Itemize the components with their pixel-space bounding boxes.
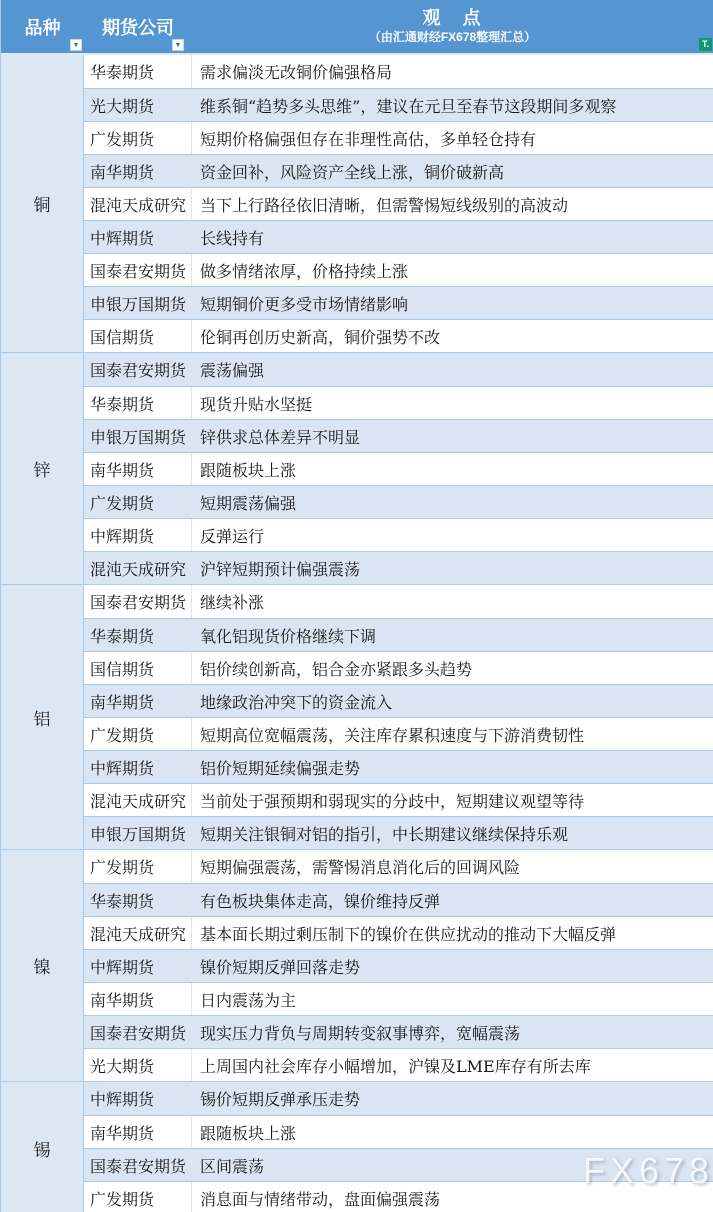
- table-row: 国信期货 伦铜再创历史新高，铜价强势不改: [84, 319, 713, 352]
- variety-group: 铝 国泰君安期货 继续补涨 华泰期货 氧化铝现货价格继续下调 国信期货 铝价续创…: [1, 584, 713, 849]
- company-cell: 南华期货: [84, 1116, 192, 1148]
- view-cell: 锌供求总体差异不明显: [192, 420, 713, 452]
- table-row: 中辉期货 铝价短期延续偏强走势: [84, 750, 713, 783]
- view-cell: 当下上行路径依旧清晰，但需警惕短线级别的高波动: [192, 188, 713, 220]
- company-cell: 光大期货: [84, 89, 192, 121]
- table-body: 铜 华泰期货 需求偏淡无改铜价偏强格局 光大期货 维系铜“趋势多头思维”，建议在…: [1, 55, 713, 1212]
- table-row: 南华期货 跟随板块上涨: [84, 452, 713, 485]
- company-cell: 中辉期货: [84, 221, 192, 253]
- variety-cell: 铝: [1, 585, 84, 849]
- company-cell: 南华期货: [84, 155, 192, 187]
- company-cell: 华泰期货: [84, 884, 192, 916]
- company-cell: 申银万国期货: [84, 287, 192, 319]
- table-row: 南华期货 资金回补，风险资产全线上涨，铜价破新高: [84, 154, 713, 187]
- table-row: 国信期货 铝价续创新高，铝合金亦紧跟多头趋势: [84, 651, 713, 684]
- view-cell: 现实压力背负与周期转变叙事博弈，宽幅震荡: [192, 1016, 713, 1048]
- group-rows: 广发期货 短期偏强震荡，需警惕消息消化后的回调风险 华泰期货 有色板块集体走高，…: [84, 850, 713, 1081]
- table-row: 光大期货 上周国内社会库存小幅增加，沪镍及LME库存有所去库: [84, 1048, 713, 1081]
- company-cell: 混沌天成研究: [84, 552, 192, 584]
- variety-label: 锌: [34, 456, 51, 481]
- table-row: 中辉期货 锡价短期反弹承压走势: [84, 1082, 713, 1115]
- company-cell: 华泰期货: [84, 387, 192, 419]
- variety-group: 锡 中辉期货 锡价短期反弹承压走势 南华期货 跟随板块上涨 国泰君安期货 区间震…: [1, 1081, 713, 1212]
- group-rows: 国泰君安期货 震荡偏强 华泰期货 现货升贴水坚挺 申银万国期货 锌供求总体差异不…: [84, 353, 713, 584]
- view-cell: 维系铜“趋势多头思维”，建议在元旦至春节这段期间多观察: [192, 89, 713, 121]
- group-rows: 中辉期货 锡价短期反弹承压走势 南华期货 跟随板块上涨 国泰君安期货 区间震荡 …: [84, 1082, 713, 1212]
- variety-label: 铝: [34, 705, 51, 730]
- header-view: 观 点 （由汇通财经FX678整理汇总）: [192, 0, 713, 53]
- view-cell: 有色板块集体走高，镍价维持反弹: [192, 884, 713, 916]
- variety-label: 锡: [34, 1136, 51, 1161]
- company-cell: 混沌天成研究: [84, 917, 192, 949]
- company-cell: 广发期货: [84, 486, 192, 518]
- group-rows: 华泰期货 需求偏淡无改铜价偏强格局 光大期货 维系铜“趋势多头思维”，建议在元旦…: [84, 55, 713, 352]
- view-cell: 跟随板块上涨: [192, 1116, 713, 1148]
- table-row: 国泰君安期货 现实压力背负与周期转变叙事博弈，宽幅震荡: [84, 1015, 713, 1048]
- filter-dropdown-variety[interactable]: ▼: [70, 39, 82, 51]
- filter-dropdown-company[interactable]: ▼: [172, 39, 184, 51]
- table-row: 国泰君安期货 区间震荡: [84, 1148, 713, 1181]
- filter-active-icon[interactable]: T.: [699, 38, 712, 51]
- company-cell: 国泰君安期货: [84, 1016, 192, 1048]
- view-cell: 铝价短期延续偏强走势: [192, 751, 713, 783]
- view-cell: 短期关注银铜对铝的指引，中长期建议继续保持乐观: [192, 817, 713, 849]
- table-row: 中辉期货 长线持有: [84, 220, 713, 253]
- company-cell: 华泰期货: [84, 619, 192, 651]
- view-cell: 镍价短期反弹回落走势: [192, 950, 713, 982]
- variety-cell: 铜: [1, 55, 84, 352]
- table-row: 混沌天成研究 沪锌短期预计偏强震荡: [84, 551, 713, 584]
- table-row: 国泰君安期货 震荡偏强: [84, 353, 713, 386]
- table-row: 广发期货 消息面与情绪带动，盘面偏强震荡: [84, 1181, 713, 1212]
- table-row: 广发期货 短期价格偏强但存在非理性高估，多单轻仓持有: [84, 121, 713, 154]
- table-row: 混沌天成研究 基本面长期过剩压制下的镍价在供应扰动的推动下大幅反弹: [84, 916, 713, 949]
- view-cell: 铝价续创新高，铝合金亦紧跟多头趋势: [192, 652, 713, 684]
- view-cell: 短期偏强震荡，需警惕消息消化后的回调风险: [192, 850, 713, 883]
- company-cell: 光大期货: [84, 1049, 192, 1081]
- company-cell: 广发期货: [84, 850, 192, 883]
- company-cell: 华泰期货: [84, 55, 192, 88]
- table-row: 南华期货 日内震荡为主: [84, 982, 713, 1015]
- table-row: 申银万国期货 锌供求总体差异不明显: [84, 419, 713, 452]
- company-cell: 国泰君安期货: [84, 1149, 192, 1181]
- company-cell: 广发期货: [84, 1182, 192, 1212]
- variety-group: 锌 国泰君安期货 震荡偏强 华泰期货 现货升贴水坚挺 申银万国期货 锌供求总体差…: [1, 352, 713, 584]
- view-cell: 短期高位宽幅震荡，关注库存累积速度与下游消费韧性: [192, 718, 713, 750]
- variety-cell: 镍: [1, 850, 84, 1081]
- table-row: 广发期货 短期震荡偏强: [84, 485, 713, 518]
- variety-cell: 锌: [1, 353, 84, 584]
- table-row: 光大期货 维系铜“趋势多头思维”，建议在元旦至春节这段期间多观察: [84, 88, 713, 121]
- company-cell: 混沌天成研究: [84, 188, 192, 220]
- table-header: 品种 期货公司 观 点 （由汇通财经FX678整理汇总） ▼ ▼ T.: [1, 0, 713, 55]
- view-cell: 短期震荡偏强: [192, 486, 713, 518]
- table-row: 南华期货 地缘政治冲突下的资金流入: [84, 684, 713, 717]
- company-cell: 南华期货: [84, 453, 192, 485]
- view-cell: 短期价格偏强但存在非理性高估，多单轻仓持有: [192, 122, 713, 154]
- header-view-subtitle: （由汇通财经FX678整理汇总）: [369, 31, 536, 45]
- table-row: 申银万国期货 短期关注银铜对铝的指引，中长期建议继续保持乐观: [84, 816, 713, 849]
- company-cell: 南华期货: [84, 685, 192, 717]
- view-cell: 需求偏淡无改铜价偏强格局: [192, 55, 713, 88]
- header-view-title: 观 点: [423, 8, 483, 29]
- table-row: 混沌天成研究 当前处于强预期和弱现实的分歧中，短期建议观望等待: [84, 783, 713, 816]
- table-row: 国泰君安期货 继续补涨: [84, 585, 713, 618]
- view-cell: 资金回补，风险资产全线上涨，铜价破新高: [192, 155, 713, 187]
- view-cell: 锡价短期反弹承压走势: [192, 1082, 713, 1115]
- company-cell: 中辉期货: [84, 751, 192, 783]
- variety-label: 铜: [34, 191, 51, 216]
- variety-cell: 锡: [1, 1082, 84, 1212]
- view-cell: 做多情绪浓厚，价格持续上涨: [192, 254, 713, 286]
- company-cell: 广发期货: [84, 122, 192, 154]
- view-cell: 反弹运行: [192, 519, 713, 551]
- view-cell: 跟随板块上涨: [192, 453, 713, 485]
- view-cell: 沪锌短期预计偏强震荡: [192, 552, 713, 584]
- company-cell: 中辉期货: [84, 950, 192, 982]
- company-cell: 广发期货: [84, 718, 192, 750]
- futures-opinion-table: 品种 期货公司 观 点 （由汇通财经FX678整理汇总） ▼ ▼ T. 铜 华泰…: [0, 0, 713, 1212]
- filter-arrow-icon: ▼: [73, 42, 80, 49]
- table-row: 华泰期货 氧化铝现货价格继续下调: [84, 618, 713, 651]
- company-cell: 混沌天成研究: [84, 784, 192, 816]
- company-cell: 申银万国期货: [84, 420, 192, 452]
- table-row: 华泰期货 需求偏淡无改铜价偏强格局: [84, 55, 713, 88]
- table-row: 广发期货 短期偏强震荡，需警惕消息消化后的回调风险: [84, 850, 713, 883]
- view-cell: 长线持有: [192, 221, 713, 253]
- view-cell: 震荡偏强: [192, 353, 713, 386]
- company-cell: 南华期货: [84, 983, 192, 1015]
- view-cell: 现货升贴水坚挺: [192, 387, 713, 419]
- view-cell: 地缘政治冲突下的资金流入: [192, 685, 713, 717]
- company-cell: 中辉期货: [84, 519, 192, 551]
- company-cell: 申银万国期货: [84, 817, 192, 849]
- table-row: 中辉期货 镍价短期反弹回落走势: [84, 949, 713, 982]
- table-row: 华泰期货 现货升贴水坚挺: [84, 386, 713, 419]
- variety-group: 铜 华泰期货 需求偏淡无改铜价偏强格局 光大期货 维系铜“趋势多头思维”，建议在…: [1, 55, 713, 352]
- filter-arrow-icon: ▼: [175, 42, 182, 49]
- view-cell: 上周国内社会库存小幅增加，沪镍及LME库存有所去库: [192, 1049, 713, 1081]
- company-cell: 国泰君安期货: [84, 353, 192, 386]
- variety-group: 镍 广发期货 短期偏强震荡，需警惕消息消化后的回调风险 华泰期货 有色板块集体走…: [1, 849, 713, 1081]
- company-cell: 国信期货: [84, 652, 192, 684]
- view-cell: 消息面与情绪带动，盘面偏强震荡: [192, 1182, 713, 1212]
- group-rows: 国泰君安期货 继续补涨 华泰期货 氧化铝现货价格继续下调 国信期货 铝价续创新高…: [84, 585, 713, 849]
- company-cell: 中辉期货: [84, 1082, 192, 1115]
- company-cell: 国信期货: [84, 320, 192, 352]
- view-cell: 日内震荡为主: [192, 983, 713, 1015]
- view-cell: 氧化铝现货价格继续下调: [192, 619, 713, 651]
- table-row: 华泰期货 有色板块集体走高，镍价维持反弹: [84, 883, 713, 916]
- view-cell: 伦铜再创历史新高，铜价强势不改: [192, 320, 713, 352]
- table-row: 国泰君安期货 做多情绪浓厚，价格持续上涨: [84, 253, 713, 286]
- view-cell: 区间震荡: [192, 1149, 713, 1181]
- view-cell: 当前处于强预期和弱现实的分歧中，短期建议观望等待: [192, 784, 713, 816]
- variety-label: 镍: [34, 953, 51, 978]
- table-row: 申银万国期货 短期铜价更多受市场情绪影响: [84, 286, 713, 319]
- view-cell: 短期铜价更多受市场情绪影响: [192, 287, 713, 319]
- company-cell: 国泰君安期货: [84, 254, 192, 286]
- table-row: 中辉期货 反弹运行: [84, 518, 713, 551]
- table-row: 广发期货 短期高位宽幅震荡，关注库存累积速度与下游消费韧性: [84, 717, 713, 750]
- company-cell: 国泰君安期货: [84, 585, 192, 618]
- table-row: 南华期货 跟随板块上涨: [84, 1115, 713, 1148]
- view-cell: 基本面长期过剩压制下的镍价在供应扰动的推动下大幅反弹: [192, 917, 713, 949]
- view-cell: 继续补涨: [192, 585, 713, 618]
- table-row: 混沌天成研究 当下上行路径依旧清晰，但需警惕短线级别的高波动: [84, 187, 713, 220]
